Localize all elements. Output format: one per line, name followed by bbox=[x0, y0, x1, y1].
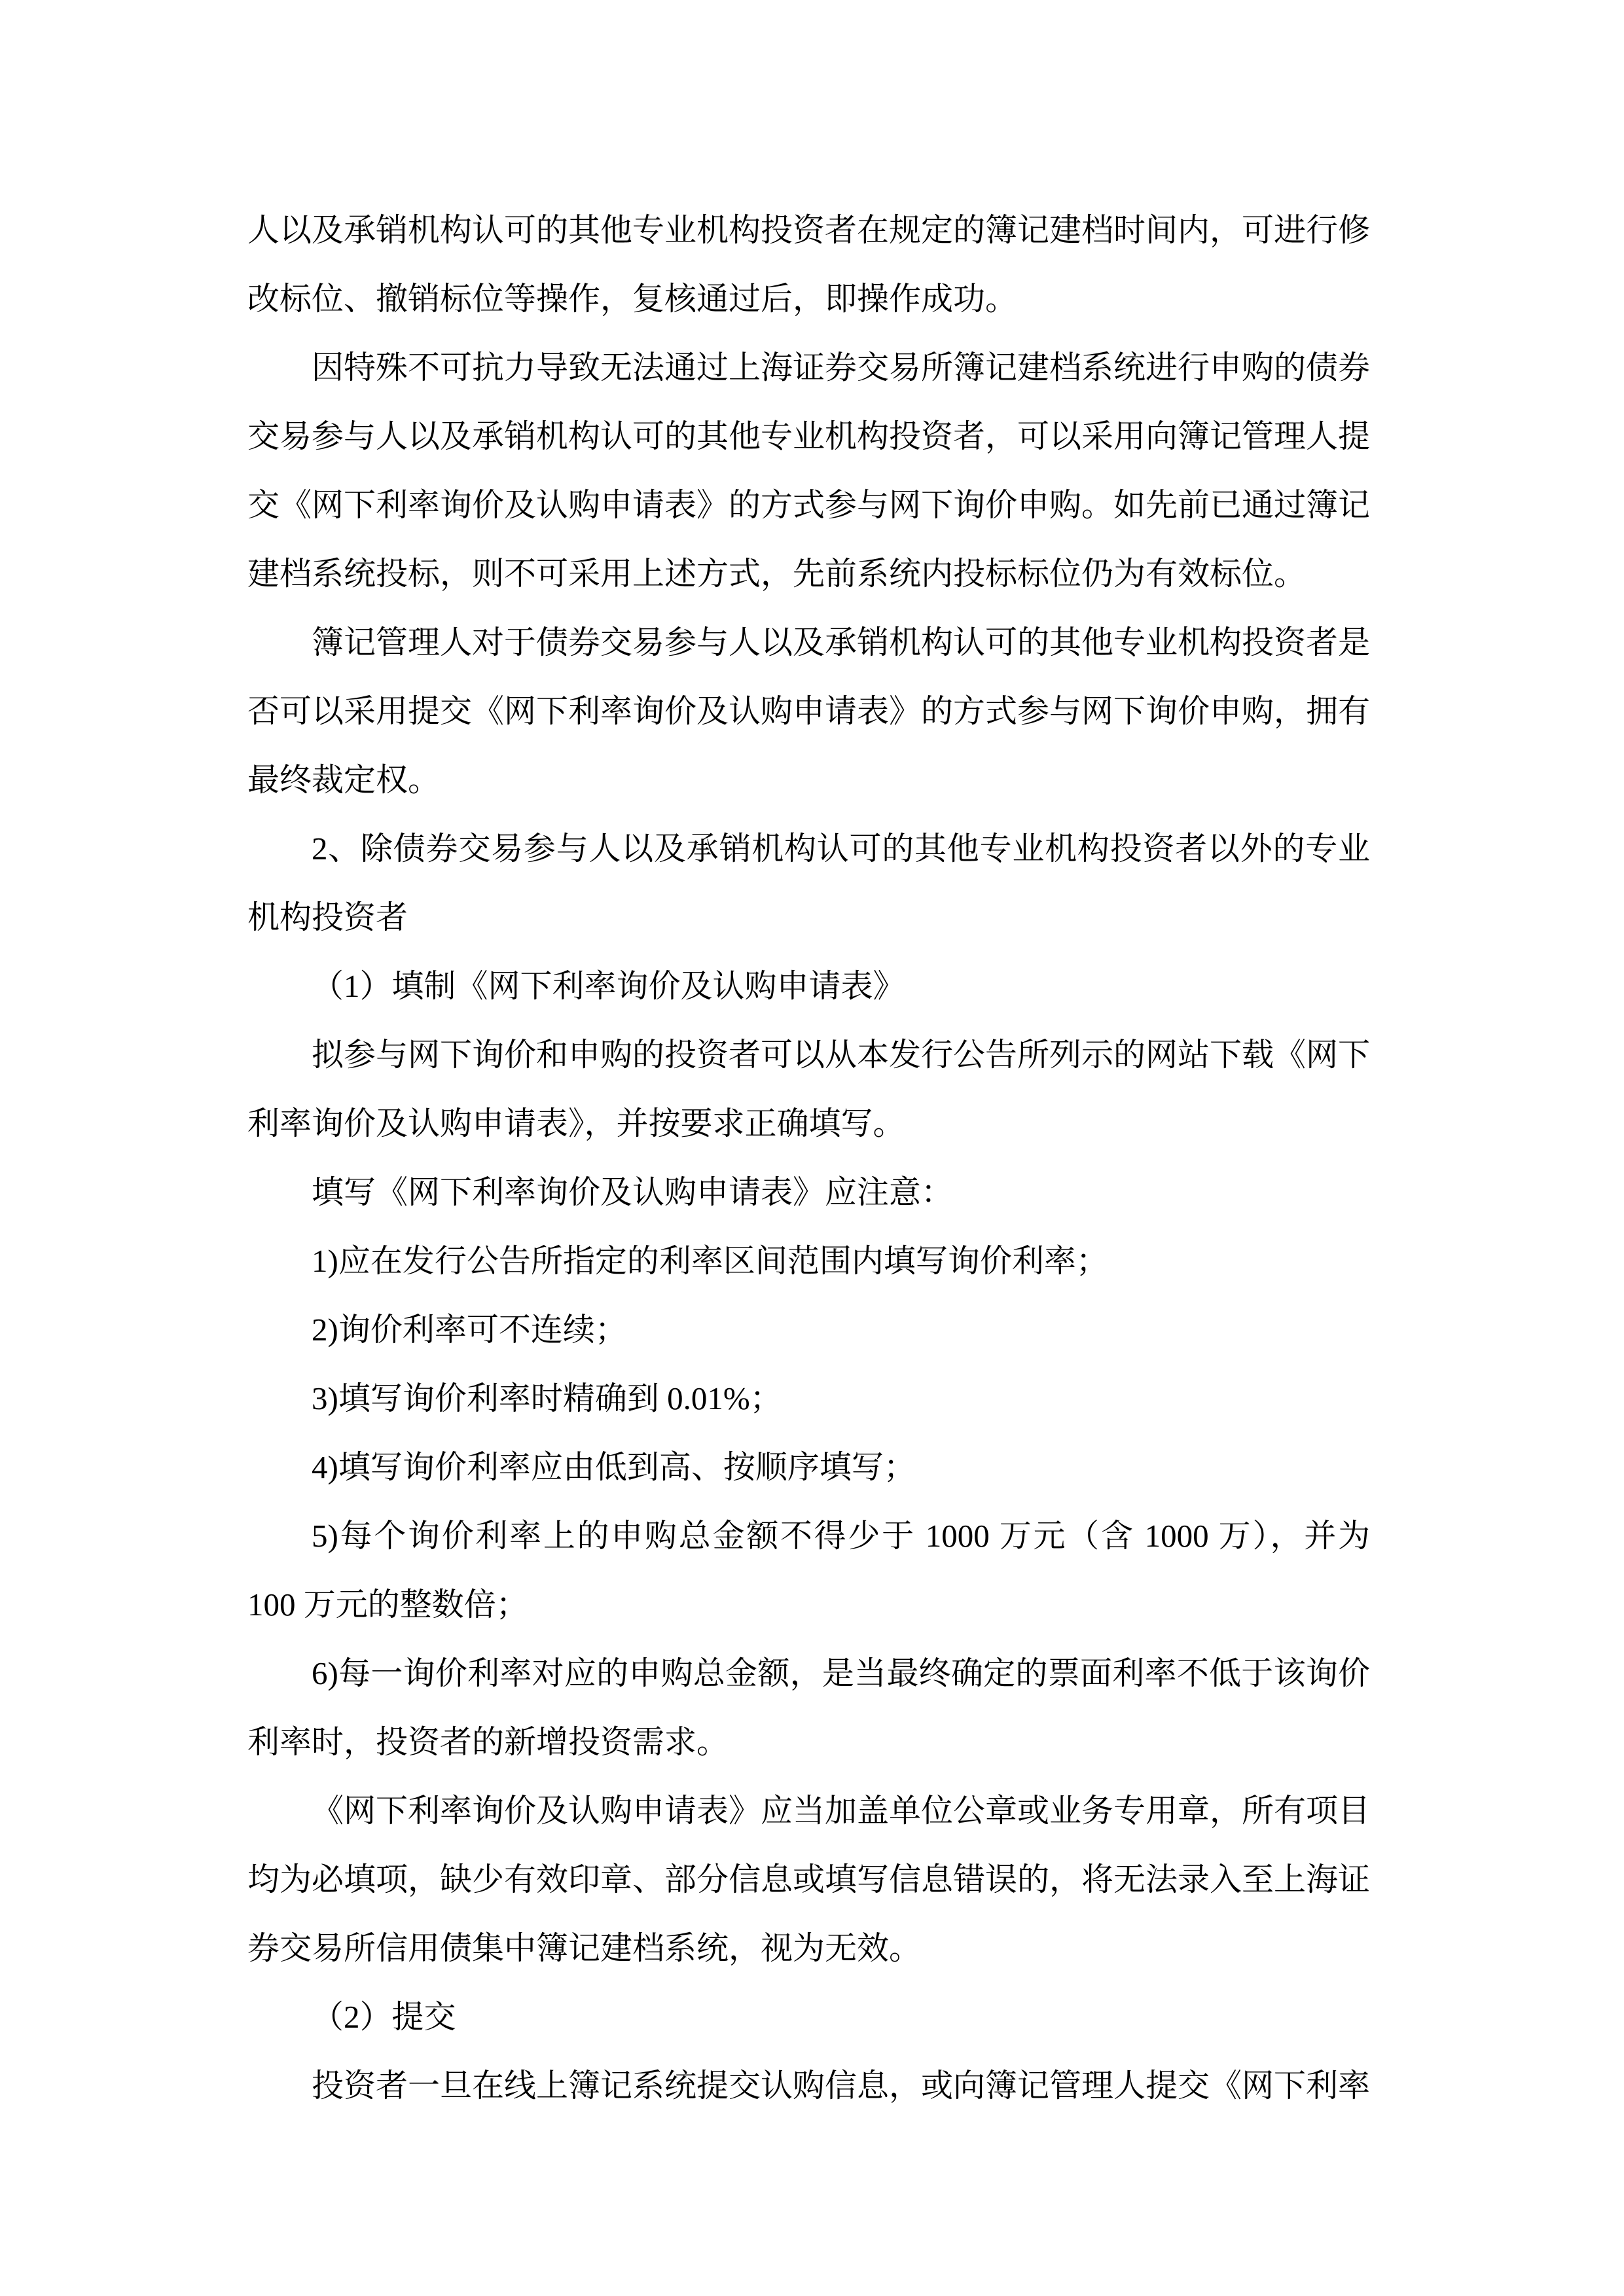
document-page: 人以及承销机构认可的其他专业机构投资者在规定的簿记建档时间内，可进行修改标位、撤… bbox=[0, 0, 1624, 2296]
list-item-2: 2)询价利率可不连续； bbox=[247, 1295, 1370, 1364]
list-item-6: 6)每一询价利率对应的申购总金额，是当最终确定的票面利率不低于该询价利率时，投资… bbox=[247, 1639, 1370, 1776]
paragraph-6: 拟参与网下询价和申购的投资者可以从本发行公告所列示的网站下载《网下利率询价及认购… bbox=[247, 1020, 1370, 1158]
paragraph-2: 因特殊不可抗力导致无法通过上海证券交易所簿记建档系统进行申购的债券交易参与人以及… bbox=[247, 333, 1370, 608]
text-block: 人以及承销机构认可的其他专业机构投资者在规定的簿记建档时间内，可进行修改标位、撤… bbox=[247, 196, 1370, 2120]
paragraph-7: 填写《网下利率询价及认购申请表》应注意： bbox=[247, 1158, 1370, 1227]
paragraph-5-subsection-1-heading: （1）填制《网下利率询价及认购申请表》 bbox=[247, 952, 1370, 1020]
list-item-5: 5)每个询价利率上的申购总金额不得少于 1000 万元（含 1000 万），并为… bbox=[247, 1501, 1370, 1639]
paragraph-14: 《网下利率询价及认购申请表》应当加盖单位公章或业务专用章，所有项目均为必填项，缺… bbox=[247, 1776, 1370, 1982]
list-item-4: 4)填写询价利率应由低到高、按顺序填写； bbox=[247, 1433, 1370, 1501]
list-item-3: 3)填写询价利率时精确到 0.01%； bbox=[247, 1364, 1370, 1433]
paragraph-15-subsection-2-heading: （2）提交 bbox=[247, 1982, 1370, 2051]
paragraph-4-section-2-heading: 2、除债券交易参与人以及承销机构认可的其他专业机构投资者以外的专业机构投资者 bbox=[247, 814, 1370, 952]
paragraph-1: 人以及承销机构认可的其他专业机构投资者在规定的簿记建档时间内，可进行修改标位、撤… bbox=[247, 196, 1370, 333]
list-item-1: 1)应在发行公告所指定的利率区间范围内填写询价利率； bbox=[247, 1227, 1370, 1295]
paragraph-3: 簿记管理人对于债券交易参与人以及承销机构认可的其他专业机构投资者是否可以采用提交… bbox=[247, 608, 1370, 814]
paragraph-16-cut-off: 投资者一旦在线上簿记系统提交认购信息，或向簿记管理人提交《网下利率 bbox=[247, 2051, 1370, 2120]
